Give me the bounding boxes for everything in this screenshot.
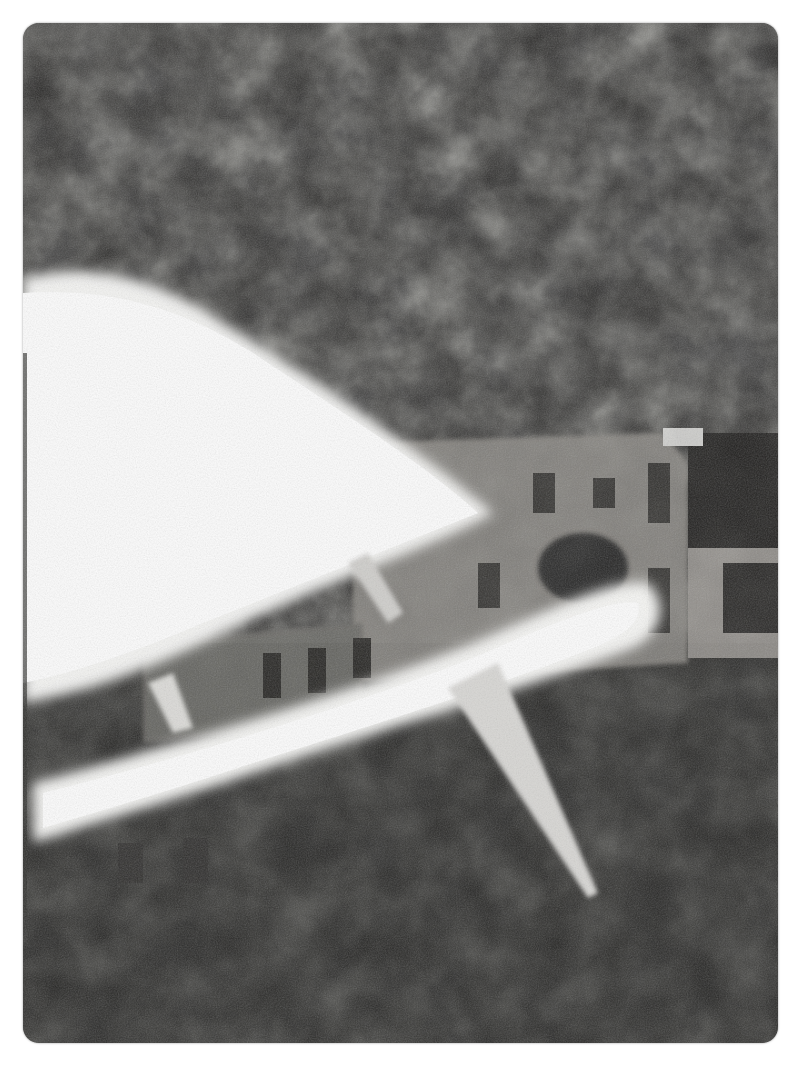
photo: [23, 23, 778, 1043]
film-grain: [23, 23, 778, 1043]
photo-frame: [23, 23, 778, 1043]
